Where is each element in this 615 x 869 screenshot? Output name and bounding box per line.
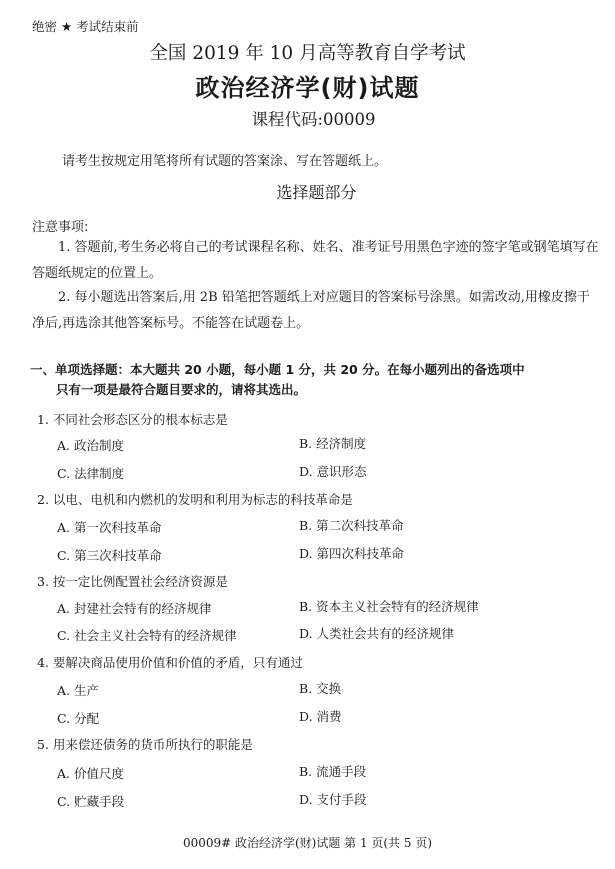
question-4-option-b: B. 交换 xyxy=(299,679,341,697)
question-3-option-a: A. 封建社会特有的经济规律 xyxy=(57,599,211,617)
question-3-stem: 3. 按一定比例配置社会经济资源是 xyxy=(37,572,228,590)
question-5-stem: 5. 用来偿还债务的货币所执行的职能是 xyxy=(37,735,253,753)
exam-title: 全国 2019 年 10 月高等教育自学考试 xyxy=(0,39,615,65)
general-instruction: 请考生按规定用笔将所有试题的答案涂、写在答题纸上。 xyxy=(62,150,387,169)
question-5-option-d: D. 支付手段 xyxy=(299,790,367,808)
part-one-header: 一、单项选择题：本大题共 20 小题，每小题 1 分，共 20 分。在每小题列出… xyxy=(30,360,525,400)
question-4-stem: 4. 要解决商品使用价值和价值的矛盾，只有通过 xyxy=(37,653,303,671)
page-footer: 00009# 政治经济学(财)试题 第 1 页(共 5 页) xyxy=(0,834,615,851)
confidential-label: 绝密 ★ 考试结束前 xyxy=(32,17,139,35)
part-one-header-line1: 一、单项选择题：本大题共 20 小题，每小题 1 分，共 20 分。在每小题列出… xyxy=(30,362,525,377)
part-one-header-line2: 只有一项是最符合题目要求的，请将其选出。 xyxy=(30,380,525,400)
question-5-option-b: B. 流通手段 xyxy=(299,762,366,780)
question-5-option-a: A. 价值尺度 xyxy=(57,764,124,782)
question-2-option-b: B. 第二次科技革命 xyxy=(299,516,404,534)
section-title: 选择题部分 xyxy=(0,180,615,203)
notes-label: 注意事项: xyxy=(32,216,88,235)
question-1-option-c: C. 法律制度 xyxy=(57,464,124,482)
question-3-option-b: B. 资本主义社会特有的经济规律 xyxy=(299,597,479,615)
note-item-1: 1. 答题前,考生务必将自己的考试课程名称、姓名、准考证号用黑色字迹的签字笔或钢… xyxy=(32,235,602,287)
question-1-option-d: D. 意识形态 xyxy=(299,462,367,480)
question-1-option-b: B. 经济制度 xyxy=(299,434,366,452)
course-code: 课程代码:00009 xyxy=(0,106,615,130)
question-2-option-d: D. 第四次科技革命 xyxy=(299,544,404,562)
question-2-stem: 2. 以电、电机和内燃机的发明和利用为标志的科技革命是 xyxy=(37,490,353,508)
question-3-option-c: C. 社会主义社会特有的经济规律 xyxy=(57,626,237,644)
question-1-stem: 1. 不同社会形态区分的根本标志是 xyxy=(37,410,228,428)
subject-title: 政治经济学(财)试题 xyxy=(0,68,615,103)
question-2-option-c: C. 第三次科技革命 xyxy=(57,546,162,564)
question-4-option-d: D. 消费 xyxy=(299,707,342,725)
note-item-2: 2. 每小题选出答案后,用 2B 铅笔把答题纸上对应题目的答案标号涂黑。如需改动… xyxy=(32,285,602,337)
question-3-option-d: D. 人类社会共有的经济规律 xyxy=(299,624,454,642)
question-4-option-c: C. 分配 xyxy=(57,709,99,727)
question-5-option-c: C. 贮藏手段 xyxy=(57,792,124,810)
question-4-option-a: A. 生产 xyxy=(57,681,99,699)
question-2-option-a: A. 第一次科技革命 xyxy=(57,518,161,536)
question-1-option-a: A. 政治制度 xyxy=(57,436,124,454)
